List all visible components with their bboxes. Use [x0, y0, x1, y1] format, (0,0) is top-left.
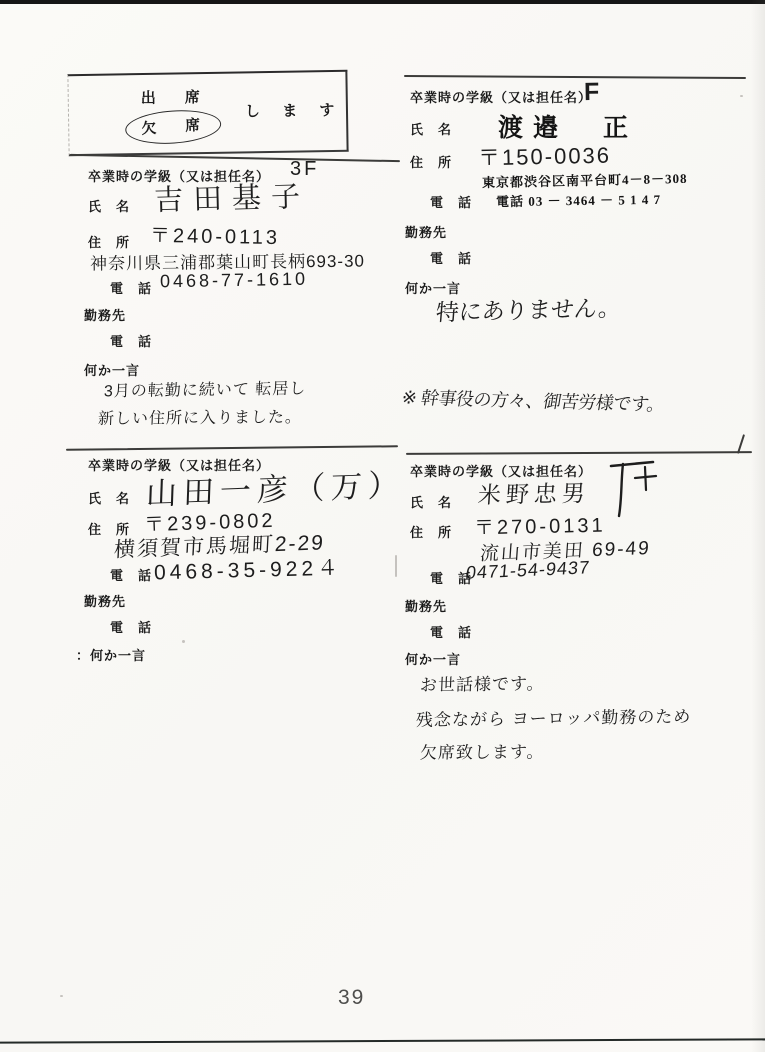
work-phone-label: 電 話	[110, 617, 152, 636]
comment-line: 残念ながら ヨーロッパ勤務のため	[416, 702, 692, 731]
workplace-label: 勤務先	[84, 305, 126, 324]
scan-bottom-rule	[0, 1038, 765, 1043]
reply-form-yoneno: 卒業時の学級（又は担任名） 氏 名 米野忠男 住 所 〒270-0131 流山市…	[402, 448, 754, 778]
reply-form-yoshida: 卒業時の学級（又は担任名） 3F 氏 名 吉田基子 住 所 〒240-0113 …	[62, 150, 402, 445]
address-line1: 東京都渋谷区南平台町4－8－308	[482, 168, 688, 191]
scan-artifact-line	[395, 555, 397, 577]
phone-label: 電 話	[110, 565, 152, 584]
page-number: 39	[338, 986, 365, 1010]
phone-label: 電 話	[430, 192, 472, 211]
attend-option: 出 席	[141, 86, 207, 108]
workplace-label: 勤務先	[405, 222, 447, 241]
workplace-label: 勤務先	[405, 596, 447, 615]
comment-line: 3月の転勤に続いて 転居し	[104, 376, 307, 402]
name-label: 氏 名	[410, 119, 452, 138]
scan-speck	[182, 640, 185, 643]
name-value: 山田一彦（万）	[145, 459, 405, 513]
address-label: 住 所	[410, 152, 452, 171]
workplace-label: 勤務先	[84, 591, 126, 610]
comment-label: 何か一言	[84, 360, 140, 379]
slip-suffix: し ま す	[245, 99, 344, 122]
class-label: 卒業時の学級（又は担任名）	[410, 87, 592, 106]
address-label: 住 所	[410, 522, 452, 541]
name-label: 氏 名	[410, 492, 452, 511]
comment-line: 特にありません。	[435, 290, 623, 328]
attendance-slip: 出 席 し ま す 欠 席	[67, 70, 348, 156]
form-top-rule	[66, 445, 398, 450]
name-label: 氏 名	[88, 196, 130, 215]
form-top-rule	[404, 75, 746, 79]
comment-line: 欠席致します。	[419, 737, 545, 763]
phone-label: 電 話	[110, 278, 152, 297]
comment-label: ：何か一言	[76, 645, 146, 664]
scan-speck	[740, 95, 743, 97]
absent-option: 欠 席	[124, 107, 222, 146]
phone-value: 0471-54-9437	[465, 557, 591, 584]
form-top-rule	[70, 154, 400, 162]
class-mark	[608, 458, 658, 520]
postal-code: 〒240-0113	[150, 219, 281, 250]
organizer-note: ※ 幹事役の方々、御苦労様です。	[400, 383, 734, 418]
form-top-rule	[406, 451, 752, 455]
comment-line: お世話様です。	[420, 669, 546, 696]
work-phone-label: 電 話	[110, 331, 152, 350]
phone-value: 0468-35-922４	[154, 552, 343, 587]
address-line2: 電話 03 － 3464 － 5 1 4 7	[496, 189, 661, 210]
scanned-document-page: 出 席 し ま す 欠 席 卒業時の学級（又は担任名） 3F 氏 名 吉田基子 …	[0, 0, 765, 1052]
phone-value: 0468-77-1610	[160, 269, 308, 293]
reply-form-yamada: 卒業時の学級（又は担任名） 氏 名 山田一彦（万） 住 所 〒239-0802 …	[60, 442, 402, 682]
name-label: 氏 名	[88, 488, 130, 507]
postal-code: 〒150-0036	[478, 139, 612, 173]
scan-speck	[60, 995, 63, 997]
comment-line: 新しい住所に入りました。	[98, 404, 303, 429]
name-value: 吉田基子	[153, 174, 310, 219]
class-value: F	[584, 78, 600, 107]
comment-label: 何か一言	[405, 649, 461, 668]
work-phone-label: 電 話	[430, 622, 472, 641]
work-phone-label: 電 話	[430, 248, 472, 267]
reply-form-watanabe: 卒業時の学級（又は担任名） F 氏 名 渡邉 正 住 所 〒150-0036 電…	[402, 70, 752, 340]
scan-top-edge	[0, 0, 765, 4]
absent-circle: 欠 席	[124, 107, 222, 146]
name-value: 米野忠男	[477, 475, 591, 510]
